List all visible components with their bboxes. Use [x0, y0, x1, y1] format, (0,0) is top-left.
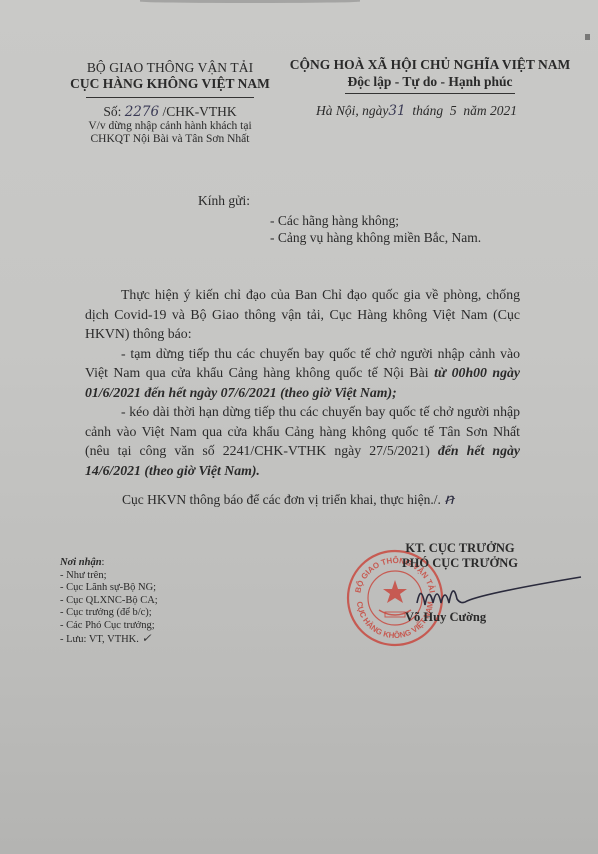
notice-item-1: - tạm dừng tiếp thu các chuyến bay quốc … [85, 344, 520, 403]
initial-check-icon: ✓ [142, 631, 152, 645]
closing-line: Cục HKVN thông báo để các đơn vị triển k… [122, 490, 454, 508]
distribution-title: Nơi nhận [60, 557, 102, 568]
distribution-item: - Như trên; [60, 570, 158, 583]
closing-text: Cục HKVN thông báo để các đơn vị triển k… [122, 492, 441, 507]
header-left: BỘ GIAO THÔNG VẬN TẢI CỤC HÀNG KHÔNG VIỆ… [60, 60, 280, 146]
recipient-item: - Cảng vụ hàng không miền Bắc, Nam. [270, 230, 481, 246]
signature-title: KT. CỤC TRƯỞNG PHÓ CỤC TRƯỞNG [360, 541, 560, 571]
handwritten-signature-icon [405, 575, 585, 615]
distribution-item: - Lưu: VT, VTHK. ✓ [60, 632, 158, 647]
motto: Độc lập - Tự do - Hạnh phúc [282, 74, 578, 90]
date-prefix: Hà Nội, ngày [316, 103, 388, 118]
notice-item-2: - kéo dài thời hạn dừng tiếp thu các chu… [85, 402, 520, 480]
date-day: 31 [388, 103, 405, 119]
header-right: CỘNG HOÀ XÃ HỘI CHỦ NGHĨA VIỆT NAM Độc l… [282, 57, 578, 94]
document-body: Thực hiện ý kiến chỉ đạo của Ban Chỉ đạo… [85, 285, 520, 480]
distribution-item: - Cục trưởng (để b/c); [60, 607, 158, 620]
document-date: Hà Nội, ngày31 tháng 5 năm 2021 [316, 103, 517, 119]
intro-paragraph: Thực hiện ý kiến chỉ đạo của Ban Chỉ đạo… [85, 285, 520, 344]
ministry-name: BỘ GIAO THÔNG VẬN TẢI [60, 60, 280, 76]
date-year: 2021 [490, 103, 517, 118]
recipients-label: Kính gửi: [198, 193, 250, 209]
subject-line-1: V/v dừng nhập cảnh hành khách tại [60, 120, 280, 133]
agency-name: CỤC HÀNG KHÔNG VIỆT NAM [60, 76, 280, 92]
document-page: BỘ GIAO THÔNG VẬN TẢI CỤC HÀNG KHÔNG VIỆ… [0, 0, 598, 854]
date-month-label: tháng [412, 103, 443, 118]
distribution-item: - Cục Lãnh sự-Bộ NG; [60, 582, 158, 595]
document-number: Số: 2276 /CHK-VTHK [60, 104, 280, 120]
number-suffix: /CHK-VTHK [162, 104, 236, 119]
edge-mark [585, 34, 590, 40]
recipient-item: - Các hãng hàng không; [270, 213, 399, 229]
subject-line-2: CHKQT Nội Bài và Tân Sơn Nhất [60, 133, 280, 146]
distribution-list: Nơi nhận: - Như trên; - Cục Lãnh sự-Bộ N… [60, 557, 158, 647]
date-month: 5 [450, 103, 457, 118]
nation-name: CỘNG HOÀ XÃ HỘI CHỦ NGHĨA VIỆT NAM [282, 57, 578, 73]
handwritten-initial-icon: ꞥ [444, 490, 454, 508]
signer-name: Võ Huy Cường [405, 610, 486, 625]
date-year-label: năm [463, 103, 486, 118]
page-top-shadow [140, 0, 360, 3]
signature-line-1: KT. CỤC TRƯỞNG [360, 541, 560, 556]
signature-line-2: PHÓ CỤC TRƯỞNG [360, 556, 560, 571]
distribution-item: - Cục QLXNC-Bộ CA; [60, 595, 158, 608]
header-left-rule [86, 97, 254, 98]
header-right-rule [345, 93, 515, 94]
number-handwritten: 2276 [125, 104, 159, 120]
number-label: Số: [103, 104, 121, 119]
